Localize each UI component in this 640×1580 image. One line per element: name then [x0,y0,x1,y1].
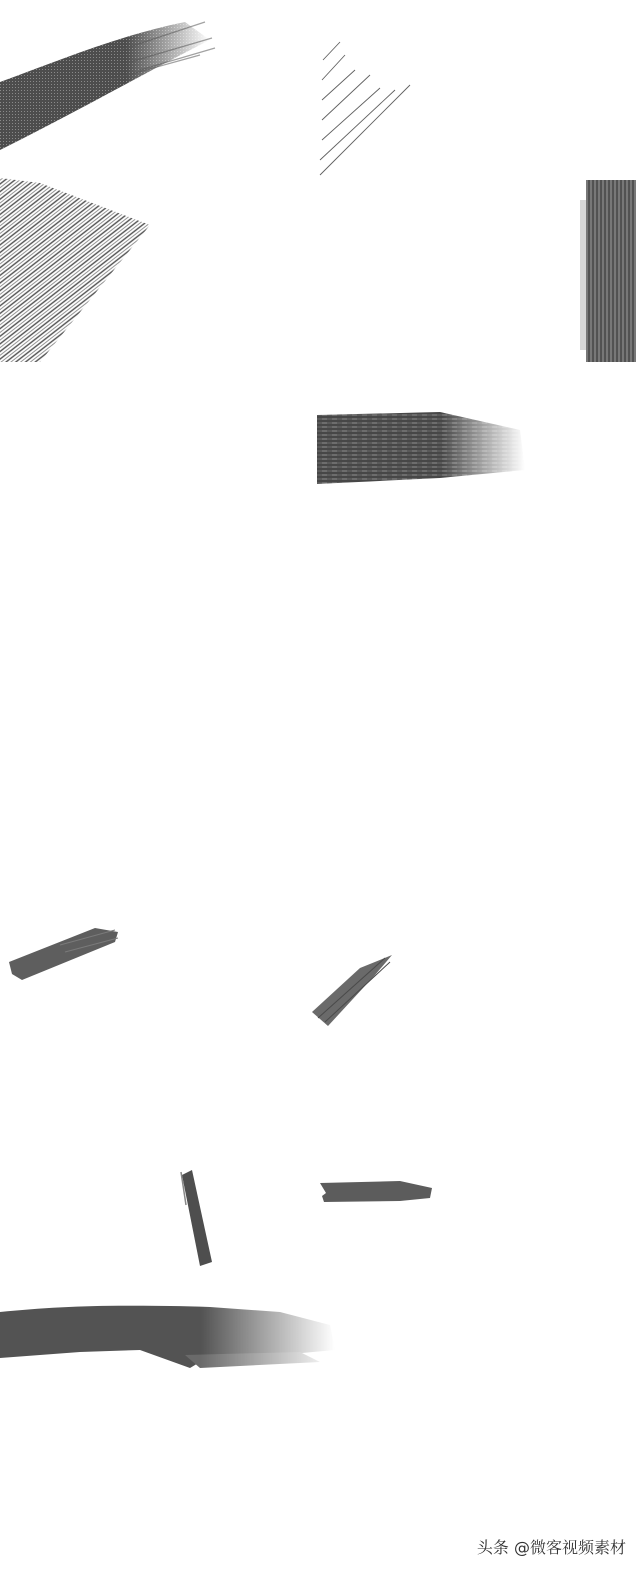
hatched-diagonal-stroke-left [0,178,150,362]
sparse-diagonal-hatch-top-center [320,42,410,175]
brush-strokes-svg [0,0,640,1580]
small-diagonal-stroke-center [312,955,392,1026]
vertical-thin-stroke [181,1170,212,1266]
brush-stroke-canvas [0,0,640,1580]
long-horizontal-stroke-bottom [0,1306,335,1368]
horizontal-dry-stroke-center [317,412,525,484]
short-horizontal-stroke [320,1181,432,1202]
vertical-dry-stroke-right-edge [580,180,636,362]
small-diagonal-stroke-left [9,928,118,980]
diagonal-wide-stroke-top-left [0,22,210,150]
watermark-text: 头条 @微客视频素材 [477,1535,626,1558]
